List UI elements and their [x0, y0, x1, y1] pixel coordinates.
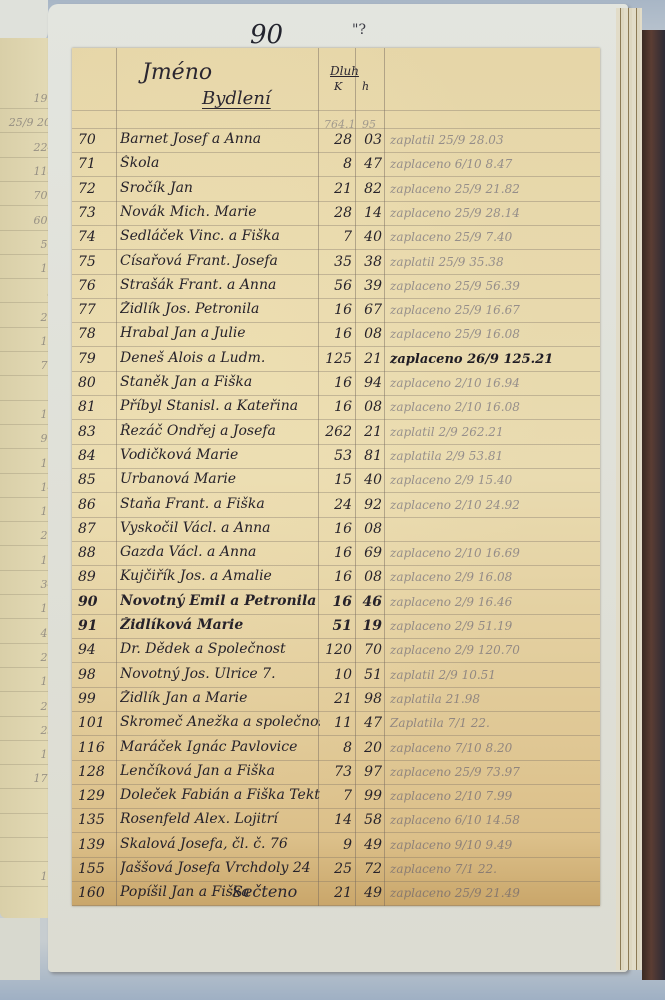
table-row: 88Gazda Václ. a Anna1669zaplaceno 2/10 1…	[72, 543, 600, 567]
table-row: 74Sedláček Vinc. a Fiška740zaplaceno 25/…	[72, 227, 600, 251]
row-rule	[72, 517, 600, 518]
left-page-corner	[0, 0, 48, 42]
row-name: Kujčiřík Jos. a Amalie	[120, 568, 320, 584]
row-name: Jaššová Josefa Vrchdoly 24	[120, 860, 320, 876]
row-number: 94	[78, 642, 114, 658]
row-rule	[72, 322, 600, 323]
row-name: Skalová Josefa, čl. č. 76	[120, 836, 320, 852]
row-number: 84	[78, 448, 114, 464]
row-amount-h: 39	[356, 278, 382, 294]
row-amount-kr: 8	[322, 740, 352, 756]
row-number: 74	[78, 229, 114, 245]
page-number: 90	[250, 20, 283, 50]
header-rule	[72, 110, 600, 111]
row-amount-kr: 120	[322, 642, 352, 658]
row-amount-kr: 262	[322, 424, 352, 440]
row-payment-note: zaplaceno 25/9 73.97	[390, 765, 595, 779]
row-amount-h: 47	[356, 715, 382, 731]
row-payment-note: zaplaceno 2/10 24.92	[390, 498, 595, 512]
row-payment-note: zaplaceno 25/9 28.14	[390, 206, 595, 220]
row-name: Lenčíková Jan a Fiška	[120, 763, 320, 779]
row-rule	[72, 541, 600, 542]
table-row: 98Novotný Jos. Ulrice 7.1051zaplatil 2/9…	[72, 665, 600, 689]
row-name: Deneš Alois a Ludm.	[120, 350, 320, 366]
row-name: Příbyl Stanisl. a Kateřina	[120, 398, 320, 414]
row-amount-h: 08	[356, 326, 382, 342]
row-rule	[72, 808, 600, 809]
row-name: Urbanová Marie	[120, 471, 320, 487]
row-amount-h: 69	[356, 545, 382, 561]
row-payment-note: zaplaceno 26/9 125.21	[390, 352, 595, 367]
row-name: Maráček Ignác Pavlovice	[120, 739, 320, 755]
row-payment-note: zaplatil 25/9 28.03	[390, 133, 595, 147]
row-amount-kr: 16	[322, 399, 352, 415]
row-name: Hrabal Jan a Julie	[120, 325, 320, 341]
table-row: 87Vyskočil Václ. a Anna1608	[72, 519, 600, 543]
row-payment-note: zaplaceno 2/10 16.69	[390, 546, 595, 560]
row-payment-note: zaplatil 2/9 10.51	[390, 668, 595, 682]
row-payment-note: zaplaceno 9/10 9.49	[390, 838, 595, 852]
row-amount-h: 46	[356, 594, 382, 610]
row-amount-h: 49	[356, 885, 382, 901]
row-name: Škola	[120, 155, 320, 171]
row-rule	[72, 905, 600, 906]
row-amount-h: 20	[356, 740, 382, 756]
row-number: 101	[78, 715, 114, 731]
row-payment-note: zaplaceno 6/10 14.58	[390, 813, 595, 827]
row-rule	[72, 832, 600, 833]
row-amount-kr: 21	[322, 181, 352, 197]
row-number: 160	[78, 885, 114, 901]
row-amount-h: 98	[356, 691, 382, 707]
row-amount-kr: 73	[322, 764, 352, 780]
table-row: 86Staňa Frant. a Fiška2492zaplaceno 2/10…	[72, 495, 600, 519]
row-rule	[72, 274, 600, 275]
row-number: 75	[78, 254, 114, 270]
row-amount-kr: 7	[322, 229, 352, 245]
row-name: Barnet Josef a Anna	[120, 131, 320, 147]
header-kr: K	[334, 80, 342, 93]
row-number: 91	[78, 618, 114, 634]
table-row: 99Židlík Jan a Marie2198zaplatila 21.98	[72, 689, 600, 713]
row-number: 88	[78, 545, 114, 561]
row-rule	[72, 444, 600, 445]
table-row: 71Škola847zaplaceno 6/10 8.47	[72, 154, 600, 178]
row-payment-note: zaplaceno 25/9 56.39	[390, 279, 595, 293]
row-payment-note: zaplaceno 2/10 7.99	[390, 789, 595, 803]
row-amount-kr: 24	[322, 497, 352, 513]
row-amount-h: 38	[356, 254, 382, 270]
row-amount-kr: 125	[322, 351, 352, 367]
row-payment-note: zaplaceno 7/1 22.	[390, 862, 595, 876]
table-row: 128Lenčíková Jan a Fiška7397zaplaceno 25…	[72, 762, 600, 786]
row-amount-kr: 16	[322, 375, 352, 391]
row-rule	[72, 735, 600, 736]
header-h: h	[362, 80, 369, 93]
row-rule	[72, 857, 600, 858]
row-name: Vodičková Marie	[120, 447, 320, 463]
row-payment-note: zaplaceno 6/10 8.47	[390, 157, 595, 171]
page-edges	[616, 8, 642, 970]
row-amount-h: 21	[356, 424, 382, 440]
row-number: 98	[78, 667, 114, 683]
table-row: 91Židlíková Marie5119zaplaceno 2/9 51.19	[72, 616, 600, 640]
row-amount-h: 82	[356, 181, 382, 197]
table-row: 76Strašák Frant. a Anna5639zaplaceno 25/…	[72, 276, 600, 300]
row-rule	[72, 152, 600, 153]
row-amount-h: 72	[356, 861, 382, 877]
table-row: 79Deneš Alois a Ludm.12521zaplaceno 26/9…	[72, 349, 600, 373]
row-payment-note: zaplaceno 25/9 16.67	[390, 303, 595, 317]
row-amount-kr: 35	[322, 254, 352, 270]
signature-total: Sečteno	[232, 882, 297, 901]
row-amount-kr: 16	[322, 545, 352, 561]
row-number: 90	[78, 594, 114, 610]
row-name: Císařová Frant. Josefa	[120, 253, 320, 269]
row-amount-kr: 8	[322, 156, 352, 172]
table-row: 77Židlík Jos. Petronila1667zaplaceno 25/…	[72, 300, 600, 324]
table-row: 81Příbyl Stanisl. a Kateřina1608zaplacen…	[72, 397, 600, 421]
row-payment-note: zaplaceno 2/9 120.70	[390, 643, 595, 657]
table-row: 72Sročík Jan2182zaplaceno 25/9 21.82	[72, 179, 600, 203]
row-payment-note: zaplaceno 2/10 16.94	[390, 376, 595, 390]
table-row: 90Novotný Emil a Petronila1646zaplaceno …	[72, 592, 600, 616]
row-number: 83	[78, 424, 114, 440]
row-payment-note: zaplatila 21.98	[390, 692, 595, 706]
row-amount-h: 58	[356, 812, 382, 828]
row-rule	[72, 176, 600, 177]
row-amount-kr: 7	[322, 788, 352, 804]
row-amount-kr: 53	[322, 448, 352, 464]
row-name: Vyskočil Václ. a Anna	[120, 520, 320, 536]
row-name: Židlík Jan a Marie	[120, 690, 320, 706]
row-rule	[72, 589, 600, 590]
row-name: Novotný Emil a Petronila	[120, 593, 320, 609]
row-amount-h: 08	[356, 399, 382, 415]
row-number: 71	[78, 156, 114, 172]
row-number: 76	[78, 278, 114, 294]
row-amount-h: 94	[356, 375, 382, 391]
table-row: 94Dr. Dědek a Společnost12070zaplaceno 2…	[72, 640, 600, 664]
row-rule	[72, 249, 600, 250]
row-amount-kr: 10	[322, 667, 352, 683]
row-amount-kr: 9	[322, 837, 352, 853]
row-amount-h: 19	[356, 618, 382, 634]
table-row: 70Barnet Josef a Anna2803zaplatil 25/9 2…	[72, 130, 600, 154]
row-amount-kr: 21	[322, 885, 352, 901]
row-rule	[72, 225, 600, 226]
row-name: Skromeč Anežka a společnost	[120, 714, 320, 730]
row-number: 155	[78, 861, 114, 877]
table-row: 73Novák Mich. Marie2814zaplaceno 25/9 28…	[72, 203, 600, 227]
row-name: Sročík Jan	[120, 180, 320, 196]
row-payment-note: zaplaceno 25/9 21.49	[390, 886, 595, 900]
table-row: 80Staněk Jan a Fiška1694zaplaceno 2/10 1…	[72, 373, 600, 397]
row-rule	[72, 395, 600, 396]
row-number: 77	[78, 302, 114, 318]
row-amount-kr: 11	[322, 715, 352, 731]
row-payment-note: zaplaceno 2/9 51.19	[390, 619, 595, 633]
row-rule	[72, 346, 600, 347]
row-payment-note: zaplaceno 2/10 16.08	[390, 400, 595, 414]
row-name: Novotný Jos. Ulrice 7.	[120, 666, 320, 682]
row-amount-kr: 16	[322, 569, 352, 585]
row-name: Novák Mich. Marie	[120, 204, 320, 220]
row-number: 87	[78, 521, 114, 537]
row-name: Židlík Jos. Petronila	[120, 301, 320, 317]
row-rule	[72, 468, 600, 469]
row-rule	[72, 201, 600, 202]
row-amount-kr: 16	[322, 326, 352, 342]
row-amount-kr: 28	[322, 205, 352, 221]
row-amount-h: 47	[356, 156, 382, 172]
table-row: 89Kujčiřík Jos. a Amalie1608zaplaceno 2/…	[72, 567, 600, 591]
table-row: 160Popíšil Jan a Fiška2149zaplaceno 25/9…	[72, 883, 600, 907]
row-number: 85	[78, 472, 114, 488]
row-number: 135	[78, 812, 114, 828]
table-row: 129Doleček Fabián a Fiška Tektice 6.799z…	[72, 786, 600, 810]
row-amount-kr: 14	[322, 812, 352, 828]
row-rule	[72, 565, 600, 566]
row-rule	[72, 711, 600, 712]
page-mark: "?	[352, 22, 366, 38]
table-row: 155Jaššová Josefa Vrchdoly 242572zaplace…	[72, 859, 600, 883]
book-cover-edge	[642, 30, 665, 980]
row-payment-note: zaplaceno 25/9 16.08	[390, 327, 595, 341]
row-name: Strašák Frant. a Anna	[120, 277, 320, 293]
table-row: 135Rosenfeld Alex. Lojitrí1458zaplaceno …	[72, 810, 600, 834]
row-amount-h: 40	[356, 472, 382, 488]
row-name: Řezáč Ondřej a Josefa	[120, 423, 320, 439]
header-dues: Dluh	[330, 64, 359, 78]
row-payment-note: zaplatila 2/9 53.81	[390, 449, 595, 463]
row-amount-h: 92	[356, 497, 382, 513]
row-number: 81	[78, 399, 114, 415]
row-number: 128	[78, 764, 114, 780]
row-payment-note: zaplaceno 2/9 15.40	[390, 473, 595, 487]
row-rule	[72, 881, 600, 882]
row-payment-note: zaplaceno 25/9 21.82	[390, 182, 595, 196]
row-name: Gazda Václ. a Anna	[120, 544, 320, 560]
table-row: 101Skromeč Anežka a společnost1147Zaplat…	[72, 713, 600, 737]
row-amount-kr: 56	[322, 278, 352, 294]
row-rule	[72, 784, 600, 785]
row-amount-h: 21	[356, 351, 382, 367]
row-name: Staňa Frant. a Fiška	[120, 496, 320, 512]
row-name: Rosenfeld Alex. Lojitrí	[120, 811, 320, 827]
row-name: Sedláček Vinc. a Fiška	[120, 228, 320, 244]
row-amount-h: 08	[356, 569, 382, 585]
row-number: 89	[78, 569, 114, 585]
row-number: 78	[78, 326, 114, 342]
row-rule	[72, 371, 600, 372]
row-name: Židlíková Marie	[120, 617, 320, 633]
row-amount-h: 70	[356, 642, 382, 658]
row-rule	[72, 419, 600, 420]
row-payment-note: zaplaceno 25/9 7.40	[390, 230, 595, 244]
row-number: 72	[78, 181, 114, 197]
row-name: Dr. Dědek a Společnost	[120, 641, 320, 657]
ledger-sheet: Jméno Bydlení Dluh K h 764.1 95 70Barnet…	[72, 48, 600, 906]
row-amount-h: 81	[356, 448, 382, 464]
row-number: 139	[78, 837, 114, 853]
row-rule	[72, 614, 600, 615]
row-amount-h: 49	[356, 837, 382, 853]
row-amount-h: 08	[356, 521, 382, 537]
row-rule	[72, 298, 600, 299]
header-residence: Bydlení	[202, 88, 271, 109]
row-amount-kr: 16	[322, 521, 352, 537]
row-amount-kr: 25	[322, 861, 352, 877]
row-amount-kr: 16	[322, 594, 352, 610]
row-amount-h: 51	[356, 667, 382, 683]
row-number: 79	[78, 351, 114, 367]
row-rule	[72, 760, 600, 761]
row-number: 129	[78, 788, 114, 804]
row-number: 86	[78, 497, 114, 513]
row-name: Doleček Fabián a Fiška Tektice 6.	[120, 787, 320, 803]
row-amount-kr: 21	[322, 691, 352, 707]
row-name: Staněk Jan a Fiška	[120, 374, 320, 390]
table-row: 75Císařová Frant. Josefa3538zaplatil 25/…	[72, 252, 600, 276]
row-amount-h: 03	[356, 132, 382, 148]
row-rule	[72, 687, 600, 688]
row-rule	[72, 662, 600, 663]
row-rule	[72, 638, 600, 639]
row-number: 80	[78, 375, 114, 391]
row-number: 70	[78, 132, 114, 148]
row-amount-h: 99	[356, 788, 382, 804]
row-number: 73	[78, 205, 114, 221]
row-amount-kr: 28	[322, 132, 352, 148]
row-amount-h: 67	[356, 302, 382, 318]
row-payment-note: Zaplatila 7/1 22.	[390, 716, 595, 730]
table-row: 84Vodičková Marie5381zaplatila 2/9 53.81	[72, 446, 600, 470]
row-rule	[72, 492, 600, 493]
row-amount-h: 14	[356, 205, 382, 221]
left-cover-bottom	[0, 918, 40, 980]
row-amount-kr: 15	[322, 472, 352, 488]
row-amount-kr: 16	[322, 302, 352, 318]
table-row: 78Hrabal Jan a Julie1608zaplaceno 25/9 1…	[72, 324, 600, 348]
header-name: Jméno	[142, 60, 212, 85]
table-row: 139Skalová Josefa, čl. č. 76949zaplaceno…	[72, 835, 600, 859]
row-payment-note: zaplaceno 2/9 16.08	[390, 570, 595, 584]
table-row: 85Urbanová Marie1540zaplaceno 2/9 15.40	[72, 470, 600, 494]
row-payment-note: zaplatil 25/9 35.38	[390, 255, 595, 269]
header-rule	[72, 128, 600, 129]
row-payment-note: zaplaceno 7/10 8.20	[390, 741, 595, 755]
row-amount-h: 40	[356, 229, 382, 245]
row-payment-note: zaplatil 2/9 262.21	[390, 425, 595, 439]
row-number: 99	[78, 691, 114, 707]
table-row: 83Řezáč Ondřej a Josefa26221zaplatil 2/9…	[72, 422, 600, 446]
row-payment-note: zaplaceno 2/9 16.46	[390, 595, 595, 609]
row-amount-h: 97	[356, 764, 382, 780]
row-amount-kr: 51	[322, 618, 352, 634]
row-number: 116	[78, 740, 114, 756]
table-row: 116Maráček Ignác Pavlovice820zaplaceno 7…	[72, 738, 600, 762]
